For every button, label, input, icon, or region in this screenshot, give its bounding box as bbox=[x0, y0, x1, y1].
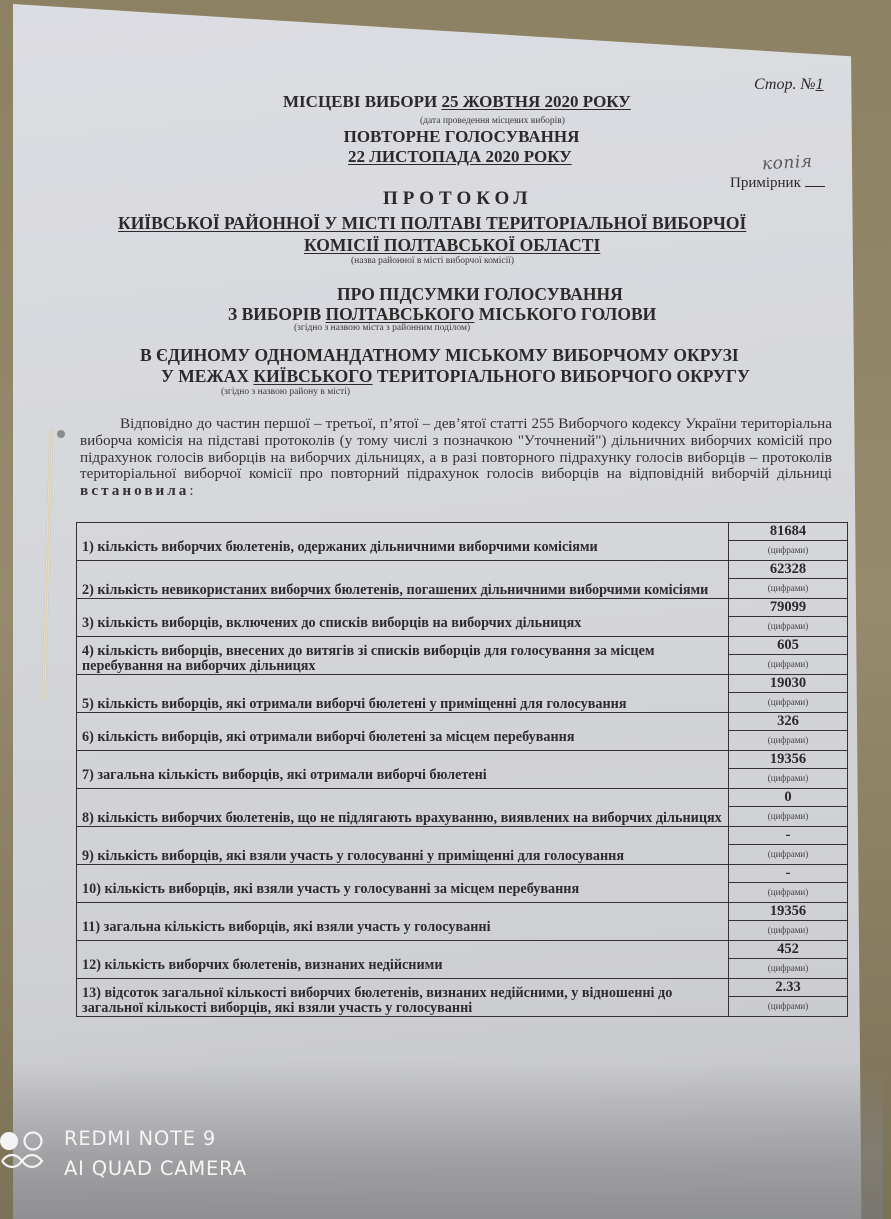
elections-date: 25 ЖОВТНЯ 2020 РОКУ bbox=[441, 92, 630, 111]
row-value-cell: 19356(цифрами) bbox=[729, 751, 848, 789]
row-label: 6) кількість виборців, які отримали вибо… bbox=[77, 713, 729, 751]
table-row: 12) кількість виборчих бюлетенів, визнан… bbox=[77, 941, 848, 979]
row-value: - bbox=[729, 865, 847, 883]
row-value-cell: 452(цифрами) bbox=[729, 941, 848, 979]
row-value-hint: (цифрами) bbox=[729, 617, 847, 635]
row-value-hint: (цифрами) bbox=[729, 655, 847, 673]
row-value: 19356 bbox=[729, 751, 847, 769]
row-value-hint: (цифрами) bbox=[729, 883, 847, 901]
row-label: 1) кількість виборчих бюлетенів, одержан… bbox=[77, 523, 729, 561]
row-value-hint: (цифрами) bbox=[729, 921, 847, 939]
row-value-hint: (цифрами) bbox=[729, 541, 847, 559]
row-value-cell: 326(цифрами) bbox=[729, 713, 848, 751]
table-row: 13) відсоток загальної кількості виборчи… bbox=[77, 979, 848, 1017]
copy-label-text: Примірник bbox=[730, 175, 801, 191]
camera-logo-icon bbox=[0, 1131, 46, 1177]
district-hint: (згідно з назвою району в місті) bbox=[221, 387, 350, 397]
district-heading-line-2: У МЕЖАХ КИЇВСЬКОГО ТЕРИТОРІАЛЬНОГО ВИБОР… bbox=[161, 366, 750, 387]
row-label: 9) кількість виборців, які взяли участь … bbox=[77, 827, 729, 865]
row-value-cell: 0(цифрами) bbox=[729, 789, 848, 827]
row-label: 13) відсоток загальної кількості виборчи… bbox=[77, 979, 729, 1017]
page-number: Стор. №1 bbox=[754, 76, 824, 94]
row-value-cell: 62328(цифрами) bbox=[729, 561, 848, 599]
results-heading-line-1: ПРО ПІДСУМКИ ГОЛОСУВАННЯ bbox=[337, 284, 623, 305]
row-label: 4) кількість виборців, внесених до витяг… bbox=[77, 637, 729, 675]
row-value-cell: 81684(цифрами) bbox=[729, 523, 848, 561]
row-value: 326 bbox=[729, 713, 847, 731]
watermark-camera: AI QUAD CAMERA bbox=[64, 1157, 247, 1180]
district-heading-line-1: В ЄДИНОМУ ОДНОМАНДАТНОМУ МІСЬКОМУ ВИБОРЧ… bbox=[140, 345, 739, 366]
results-suffix: МІСЬКОГО ГОЛОВИ bbox=[474, 304, 656, 324]
commission-name-line-2: КОМІСІЇ ПОЛТАВСЬКОЇ ОБЛАСТІ bbox=[304, 235, 600, 256]
row-value-hint: (цифрами) bbox=[729, 845, 847, 863]
row-value: 605 bbox=[729, 637, 847, 655]
row-value: 19030 bbox=[729, 675, 847, 693]
table-row: 9) кількість виборців, які взяли участь … bbox=[77, 827, 848, 865]
elections-prefix: МІСЦЕВІ ВИБОРИ bbox=[283, 92, 441, 111]
row-value: 452 bbox=[729, 941, 847, 959]
row-value-cell: 79099(цифрами) bbox=[729, 599, 848, 637]
city-name: ПОЛТАВСЬКОГО bbox=[326, 304, 475, 324]
city-hint: (згідно з назвою міста з районним поділо… bbox=[294, 323, 470, 333]
row-value: - bbox=[729, 827, 847, 845]
protocol-title: ПРОТОКОЛ bbox=[383, 188, 533, 210]
page-number-value: 1 bbox=[816, 76, 824, 93]
district-suffix: ТЕРИТОРІАЛЬНОГО ВИБОРЧОГО ОКРУГУ bbox=[373, 366, 750, 386]
row-value-hint: (цифрами) bbox=[729, 579, 847, 597]
intro-end: : bbox=[189, 482, 193, 499]
table-row: 3) кількість виборців, включених до спис… bbox=[77, 599, 848, 637]
row-value-cell: -(цифрами) bbox=[729, 827, 848, 865]
commission-name-line-1: КИЇВСЬКОЇ РАЙОННОЇ У МІСТІ ПОЛТАВІ ТЕРИТ… bbox=[118, 213, 746, 234]
row-value: 19356 bbox=[729, 903, 847, 921]
results-heading-line-2: З ВИБОРІВ ПОЛТАВСЬКОГО МІСЬКОГО ГОЛОВИ bbox=[228, 304, 656, 325]
table-row: 10) кількість виборців, які взяли участь… bbox=[77, 865, 848, 903]
table-row: 11) загальна кількість виборців, які взя… bbox=[77, 903, 848, 941]
intro-text: Відповідно до частин першої – третьої, п… bbox=[80, 415, 832, 482]
row-value: 79099 bbox=[729, 599, 847, 617]
elections-heading: МІСЦЕВІ ВИБОРИ 25 ЖОВТНЯ 2020 РОКУ bbox=[283, 92, 631, 112]
row-value: 62328 bbox=[729, 561, 847, 579]
row-value-hint: (цифрами) bbox=[729, 769, 847, 787]
row-value: 0 bbox=[729, 789, 847, 807]
row-value-hint: (цифрами) bbox=[729, 693, 847, 711]
row-value-cell: 2.33(цифрами) bbox=[729, 979, 848, 1017]
elections-date-hint: (дата проведення місцевих виборів) bbox=[420, 116, 565, 126]
table-row: 4) кількість виборців, внесених до витяг… bbox=[77, 637, 848, 675]
table-row: 7) загальна кількість виборців, які отри… bbox=[77, 751, 848, 789]
intro-emphasis: встановила bbox=[80, 482, 189, 499]
row-value: 2.33 bbox=[729, 979, 847, 997]
table-row: 2) кількість невикористаних виборчих бюл… bbox=[77, 561, 848, 599]
row-value-cell: 19030(цифрами) bbox=[729, 675, 848, 713]
row-label: 10) кількість виборців, які взяли участь… bbox=[77, 865, 729, 903]
rerun-date: 22 ЛИСТОПАДА 2020 РОКУ bbox=[348, 147, 572, 167]
row-value: 81684 bbox=[729, 523, 847, 541]
row-value-hint: (цифрами) bbox=[729, 807, 847, 825]
row-label: 12) кількість виборчих бюлетенів, визнан… bbox=[77, 941, 729, 979]
row-label: 5) кількість виборців, які отримали вибо… bbox=[77, 675, 729, 713]
row-value-hint: (цифрами) bbox=[729, 731, 847, 749]
results-prefix: З ВИБОРІВ bbox=[228, 304, 326, 324]
district-prefix: У МЕЖАХ bbox=[161, 366, 253, 386]
row-label: 8) кількість виборчих бюлетенів, що не п… bbox=[77, 789, 729, 827]
intro-paragraph: Відповідно до частин першої – третьої, п… bbox=[80, 416, 832, 500]
copy-label: Примірник bbox=[730, 175, 825, 192]
watermark-device: REDMI NOTE 9 bbox=[64, 1127, 216, 1150]
copy-number-blank bbox=[805, 186, 825, 187]
table-row: 1) кількість виборчих бюлетенів, одержан… bbox=[77, 523, 848, 561]
handwritten-copy-note: копія bbox=[762, 152, 814, 175]
protocol-document: Стор. №1 копія Примірник МІСЦЕВІ ВИБОРИ … bbox=[0, 0, 891, 1219]
row-value-cell: 19356(цифрами) bbox=[729, 903, 848, 941]
row-label: 11) загальна кількість виборців, які взя… bbox=[77, 903, 729, 941]
table-row: 5) кількість виборців, які отримали вибо… bbox=[77, 675, 848, 713]
results-table: 1) кількість виборчих бюлетенів, одержан… bbox=[76, 522, 848, 1017]
page-number-label: Стор. № bbox=[754, 76, 816, 93]
row-label: 3) кількість виборців, включених до спис… bbox=[77, 599, 729, 637]
row-label: 7) загальна кількість виборців, які отри… bbox=[77, 751, 729, 789]
row-value-hint: (цифрами) bbox=[729, 959, 847, 977]
table-row: 8) кількість виборчих бюлетенів, що не п… bbox=[77, 789, 848, 827]
commission-hint: (назва районної в місті виборчої комісії… bbox=[351, 256, 514, 266]
table-row: 6) кількість виборців, які отримали вибо… bbox=[77, 713, 848, 751]
row-value-hint: (цифрами) bbox=[729, 997, 847, 1015]
row-value-cell: -(цифрами) bbox=[729, 865, 848, 903]
row-label: 2) кількість невикористаних виборчих бюл… bbox=[77, 561, 729, 599]
row-value-cell: 605(цифрами) bbox=[729, 637, 848, 675]
district-name: КИЇВСЬКОГО bbox=[253, 366, 372, 386]
rerun-title: ПОВТОРНЕ ГОЛОСУВАННЯ bbox=[340, 127, 583, 147]
